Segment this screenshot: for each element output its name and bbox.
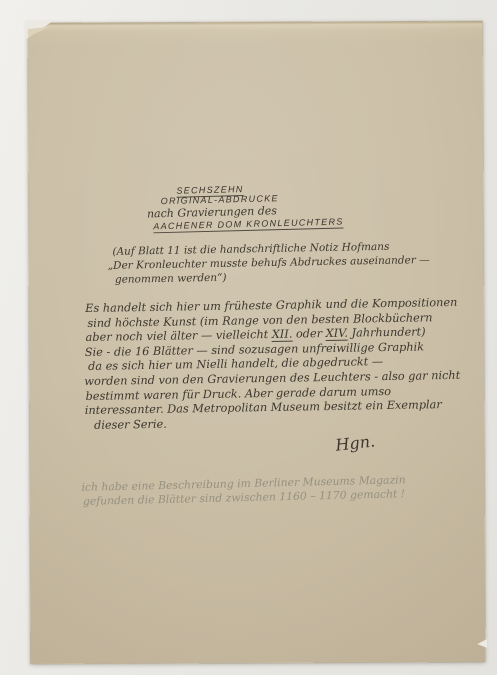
paragraph-line-segment: aber noch viel älter — vielleicht — [86, 328, 272, 344]
scanned-photo: SECHSZEHN ORIGINAL-ABDRUCKE nach Gravier… — [0, 0, 497, 675]
manuscript-paper: SECHSZEHN ORIGINAL-ABDRUCKE nach Gravier… — [28, 21, 486, 664]
paragraph-line-segment: oder — [292, 327, 326, 341]
paragraph-line-segment: Jahrhundert) — [348, 326, 426, 340]
main-paragraph: Es handelt sich hier um früheste Graphik… — [85, 296, 461, 434]
pencil-annotation: ich habe eine Beschreibung im Berliner M… — [81, 473, 406, 508]
parenthetical-note: (Auf Blatt 11 ist die handschriftliche N… — [112, 239, 430, 287]
roman-numeral-xii: XII. — [272, 328, 293, 342]
paper-edge-chip — [477, 639, 487, 648]
signature-monogram: Hgn. — [335, 431, 376, 454]
roman-numeral-xiv: XIV. — [326, 327, 349, 341]
